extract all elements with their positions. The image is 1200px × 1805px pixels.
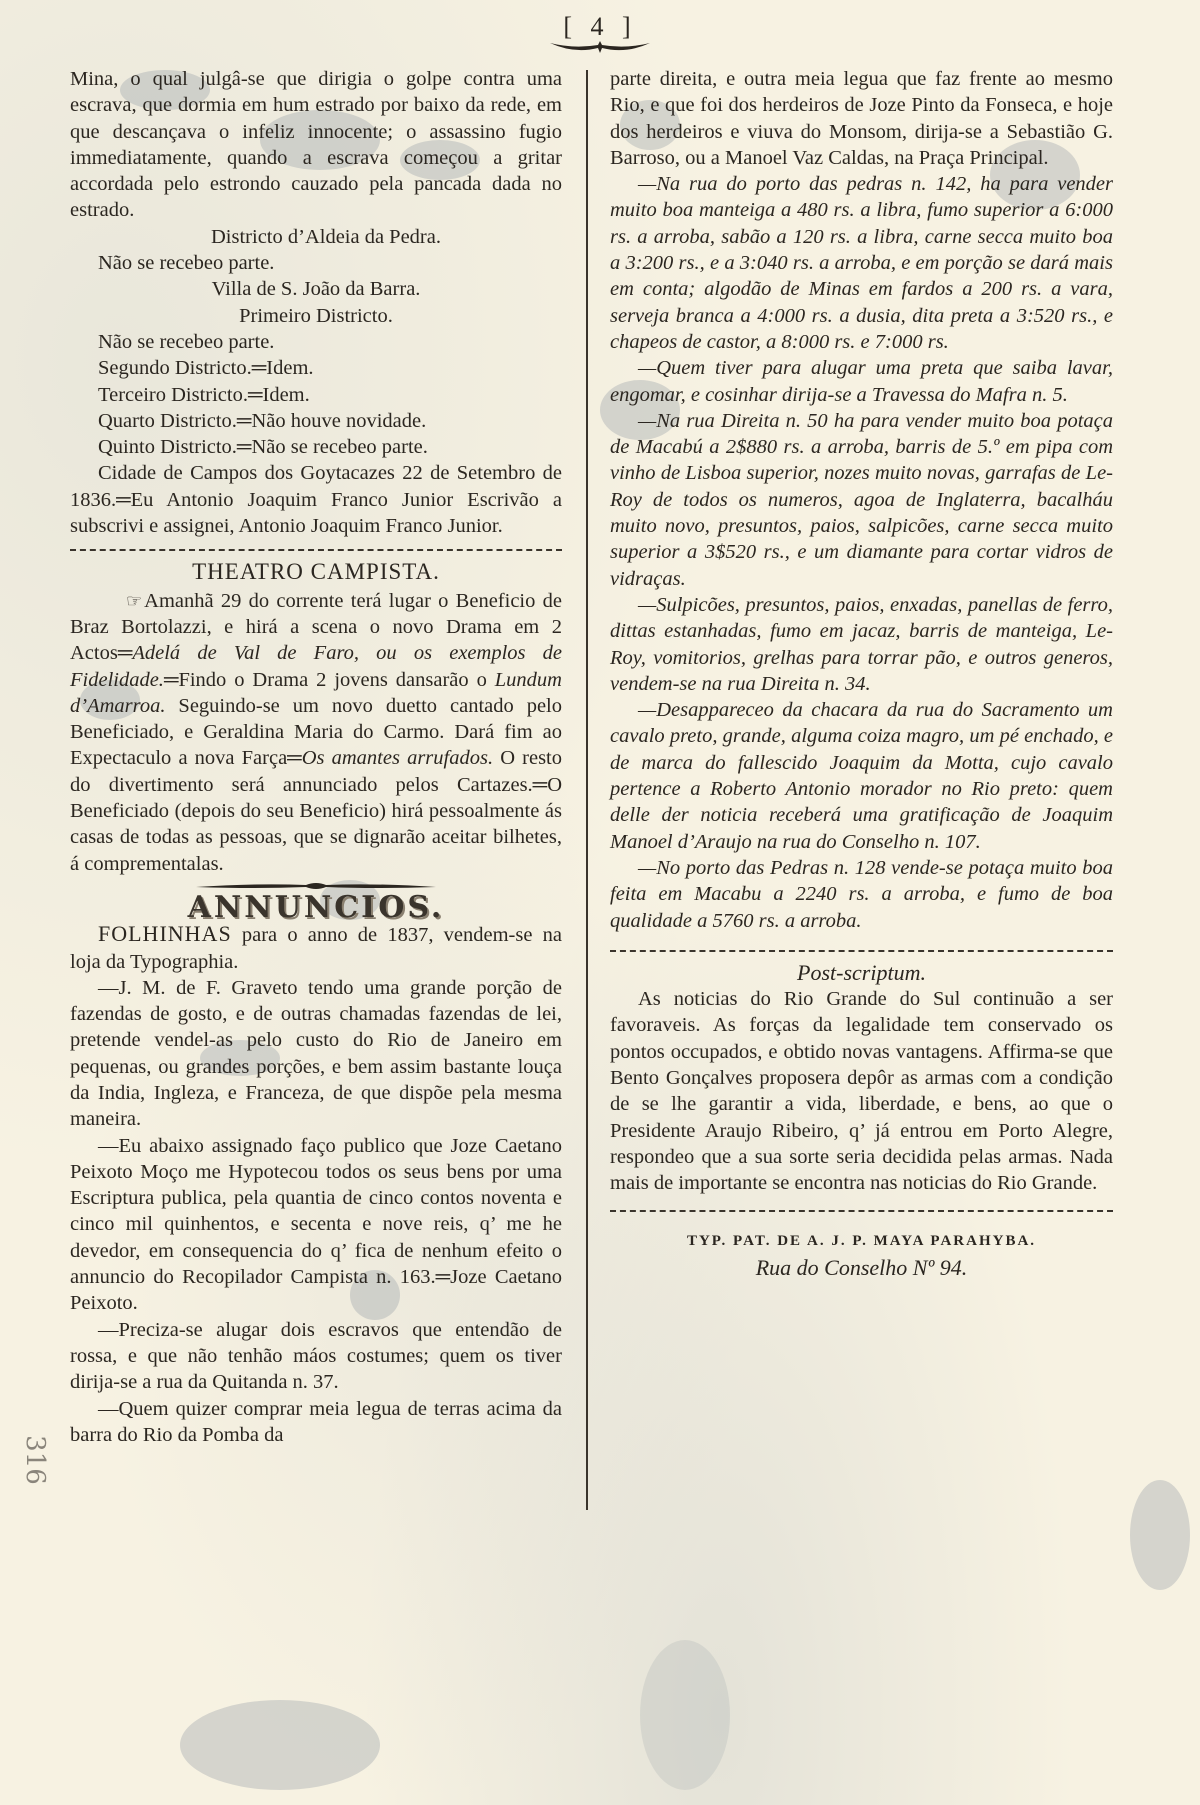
- printer-imprint: TYP. PAT. DE A. J. P. MAYA PARAHYBA.: [610, 1228, 1113, 1254]
- footer-divider: [610, 1210, 1113, 1212]
- postscript-heading: Post-scriptum.: [610, 960, 1113, 986]
- section-divider: [70, 549, 562, 551]
- water-stain: [1130, 1480, 1190, 1590]
- district-heading-primeiro: Primeiro Districto.: [70, 303, 562, 329]
- left-column: Mina, o qual julgâ-se que dirigia o golp…: [70, 66, 562, 1448]
- district-report-primeiro: Não se recebeo parte.: [70, 329, 562, 355]
- farce-title: Os amantes arrufados.: [302, 747, 493, 769]
- water-stain: [640, 1640, 730, 1790]
- section-divider: [610, 950, 1113, 952]
- ad-laundress: —Quem tiver para alugar uma preta que sa…: [610, 355, 1113, 408]
- ad-porto-128: —No porto das Pedras n. 128 vende-se pot…: [610, 855, 1113, 934]
- district-heading-aldeia: Districto d’Aldeia da Pedra.: [70, 224, 562, 250]
- district-report-terceiro: Terceiro Districto.═Idem.: [70, 382, 562, 408]
- district-report-segundo: Segundo Districto.═Idem.: [70, 355, 562, 381]
- ad-direita-34: —Sulpicões, presuntos, paios, enxadas, p…: [610, 592, 1113, 697]
- column-divider: [586, 70, 588, 1510]
- newspaper-page: [ 4 ] 316 Mina, o qual julgâ-se que diri…: [0, 0, 1200, 1805]
- ad-lost-horse: —Desappareceo da chacara da rua do Sacra…: [610, 697, 1113, 855]
- swash-ornament-icon: [548, 40, 652, 54]
- district-heading-villa: Villa de S. João da Barra.: [70, 276, 562, 302]
- printer-address: Rua do Conselho Nº 94.: [610, 1255, 1113, 1281]
- postscript-text: As noticias do Rio Grande do Sul continu…: [610, 986, 1113, 1196]
- ad-graveto: —J. M. de F. Graveto tendo uma grande po…: [70, 975, 562, 1133]
- police-report-continuation: Mina, o qual julgâ-se que dirigia o golp…: [70, 66, 562, 224]
- district-report-aldeia: Não se recebeo parte.: [70, 250, 562, 276]
- ad-direita-50: —Na rua Direita n. 50 ha para vender mui…: [610, 408, 1113, 592]
- ad-slaves-rental: —Preciza-se alugar dois escravos que ent…: [70, 1317, 562, 1396]
- theatre-announcement: ☞Amanhã 29 do corrente terá lugar o Bene…: [70, 588, 562, 877]
- district-report-quarto: Quarto Districto.═Não houve novidade.: [70, 408, 562, 434]
- pointing-hand-icon: ☞: [98, 588, 142, 614]
- ad-folhinhas: FOLHINHAS para o anno de 1837, vendem-se…: [70, 921, 562, 975]
- right-column: parte direita, e outra meia legua que fa…: [610, 66, 1113, 1281]
- ad-land-sale: —Quem quizer comprar meia legua de terra…: [70, 1396, 562, 1449]
- ad-land-sale-continued: parte direita, e outra meia legua que fa…: [610, 66, 1113, 171]
- ad-peixoto-mortgage: —Eu abaixo assignado faço publico que Jo…: [70, 1133, 562, 1317]
- theatre-heading: THEATRO CAMPISTA.: [70, 559, 562, 585]
- margin-annotation: 316: [20, 1435, 50, 1485]
- report-signature: Cidade de Campos dos Goytacazes 22 de Se…: [70, 460, 562, 539]
- district-report-quinto: Quinto Districto.═Não se recebeo parte.: [70, 434, 562, 460]
- announcements-heading: ANNUNCIOS.: [70, 895, 562, 921]
- ad-porto-142: —Na rua do porto das pedras n. 142, ha p…: [610, 171, 1113, 355]
- page-number: [ 4 ]: [552, 12, 648, 42]
- water-stain: [180, 1700, 380, 1790]
